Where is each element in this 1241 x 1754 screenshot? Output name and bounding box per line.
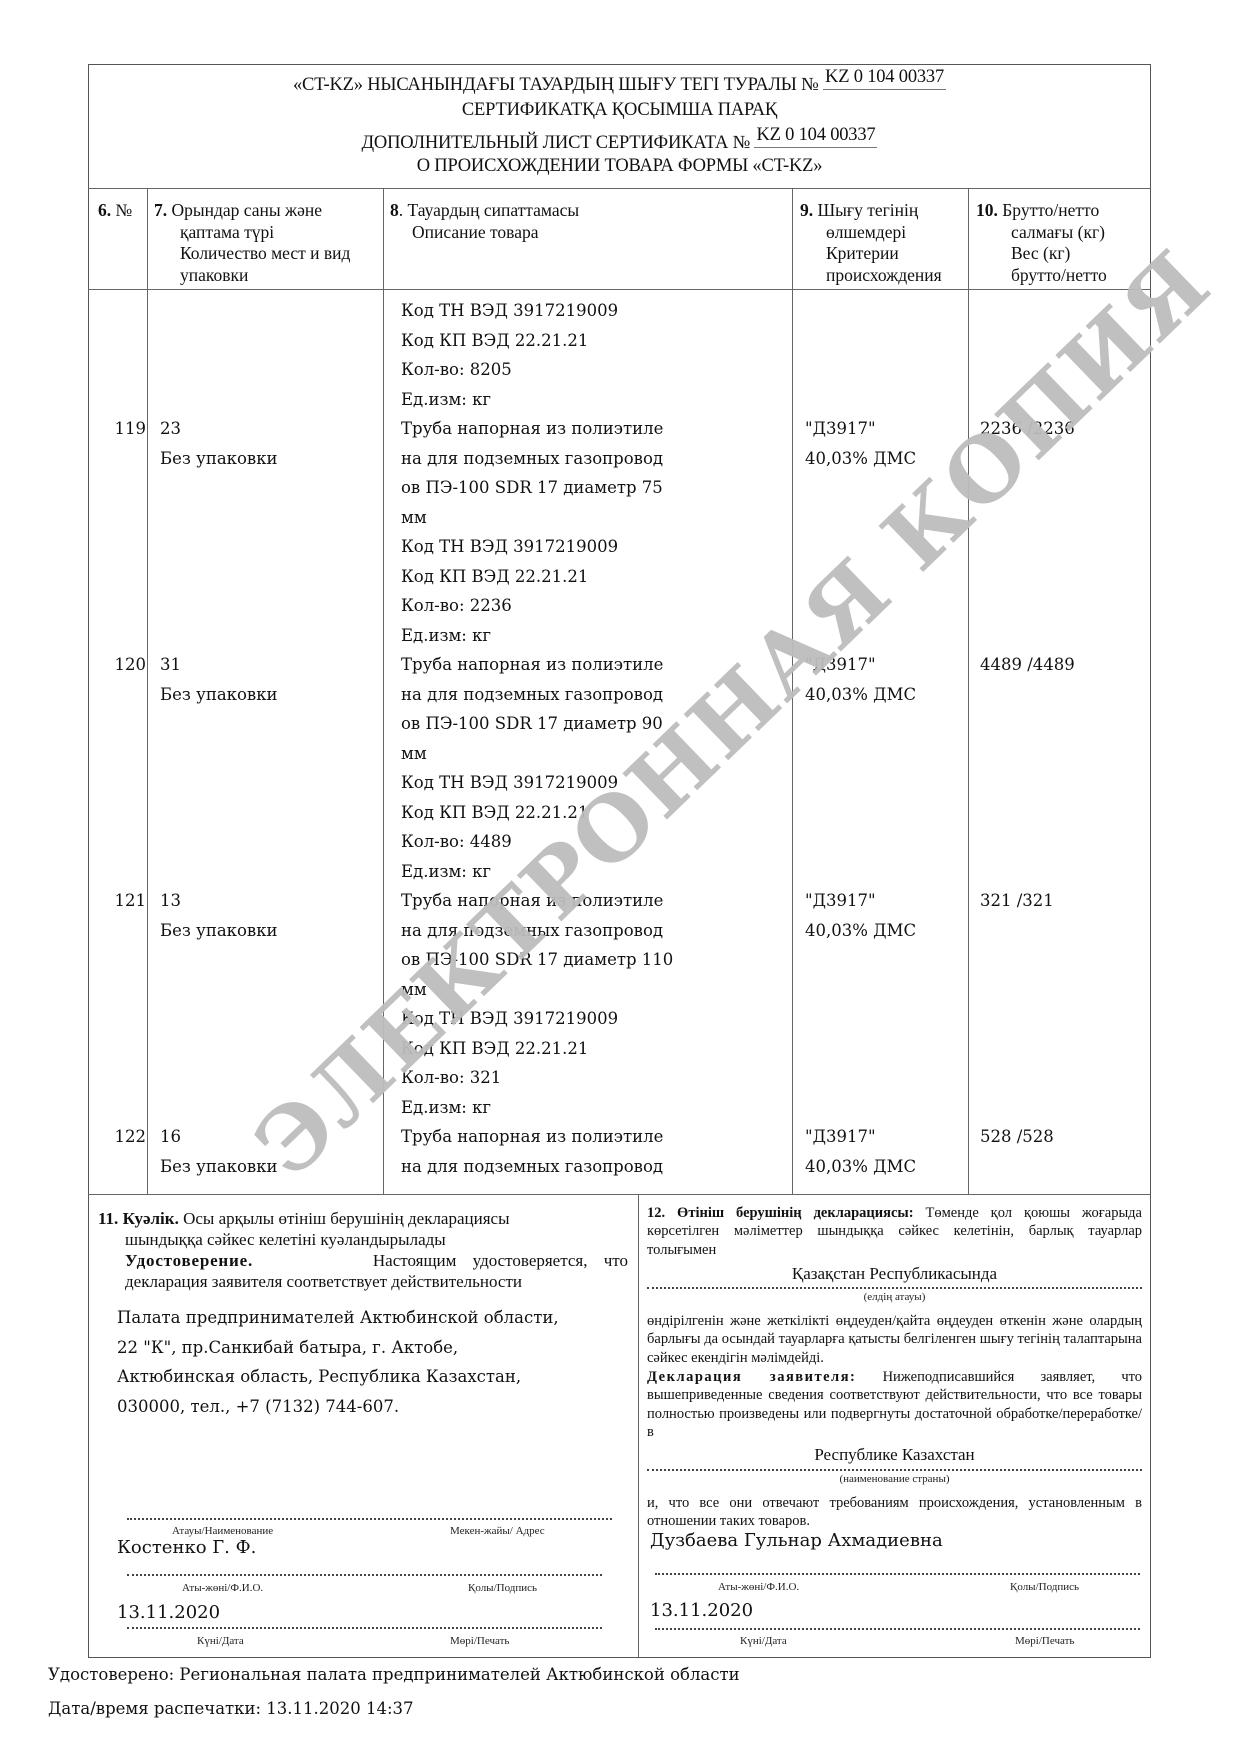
description-line: мм [401,975,427,1005]
caption-country-ru: (наименование страны) [647,1473,1142,1485]
origin-criterion: "Д3917" [805,1122,876,1152]
col-label: Описание товара [390,222,785,244]
col-num: 8 [390,200,399,220]
col-label: Критерии [800,243,965,265]
column-divider [383,188,384,1194]
caption-date: Күні/Дата [740,1635,787,1647]
caption-signature: Қолы/Подпись [468,1582,537,1594]
box11-date: 13.11.2020 [117,1602,220,1623]
col-num: 10. [976,200,998,220]
caption-fio: Аты-жөні/Ф.И.О. [718,1581,799,1593]
description-line: Код ТН ВЭД 3917219009 [401,768,618,798]
dotted-line [647,1287,1142,1289]
box11-text: Настоящим удостоверяется, что [373,1250,628,1271]
origin-criterion-percent: 40,03% ДМС [805,916,916,946]
column-header-9: 9. Шығу тегінің өлшемдері Критерии проис… [800,200,965,286]
title-kz-line1: «CT-KZ» НЫСАНЫНДАҒЫ ТАУАРДЫҢ ШЫҒУ ТЕГІ Т… [293,75,819,95]
box11-signer-name: Костенко Г. Ф. [117,1537,256,1558]
title-ru-line1: ДОПОЛНИТЕЛЬНЫЙ ЛИСТ СЕРТИФИКАТА № [362,133,751,153]
caption-stamp: Мөрі/Печать [450,1635,509,1647]
description-line: на для подземных газопровод [401,916,663,946]
dotted-line [127,1574,602,1576]
col-label: Орындар саны және [172,200,323,220]
dotted-line [647,1469,1142,1471]
places-count: 16 [160,1122,181,1152]
description-line: Кол-во: 4489 [401,827,512,857]
title-ru-line2: О ПРОИСХОЖДЕНИИ ТОВАРА ФОРМЫ «CT-KZ» [88,155,1151,178]
box-num: 11. [98,1209,118,1228]
box12-date: 13.11.2020 [650,1600,753,1621]
box11-text: декларация заявителя соответствует дейст… [98,1271,628,1292]
address-line: 22 "К", пр.Санкибай батыра, г. Актобе, [117,1333,458,1363]
footer-printed-at: Дата/время распечатки: 13.11.2020 14:37 [48,1699,414,1718]
origin-criterion-percent: 40,03% ДМС [805,444,916,474]
col-label: № [116,200,133,220]
col-num: 7. [154,200,167,220]
description-line: Ед.изм: кг [401,385,491,415]
origin-criterion-percent: 40,03% ДМС [805,680,916,710]
table-bottom-divider [88,1194,1151,1195]
packaging-type: Без упаковки [160,680,278,710]
caption-date: Күні/Дата [197,1635,244,1647]
title-kz-line2: СЕРТИФИКАТҚА ҚОСЫМША ПАРАҚ [88,99,1151,122]
description-line: на для подземных газопровод [401,444,663,474]
column-header-8: 8. Тауардың сипаттамасы Описание товара [390,200,785,243]
description-line: мм [401,503,427,533]
places-count: 13 [160,886,181,916]
box12-text-ru-2: и, что все они отвечают требованиям прои… [647,1494,1142,1531]
col-label: . Тауардың сипаттамасы [399,200,579,220]
packaging-type: Без упаковки [160,444,278,474]
box11-text: шындыққа сәйкес келетіні куәландырылады [98,1229,628,1250]
address-line: 030000, тел., +7 (7132) 744-607. [117,1392,399,1422]
description-line: на для подземных газопровод [401,680,663,710]
col-num: 9. [800,200,813,220]
col-label: салмағы (кг) [976,222,1146,244]
description-line: Код ТН ВЭД 3917219009 [401,1004,618,1034]
caption-stamp: Мөрі/Печать [1015,1635,1074,1647]
origin-criterion: "Д3917" [805,650,876,680]
description-line: Код ТН ВЭД 3917219009 [401,532,618,562]
gross-net-weight: 2236 /2236 [980,414,1075,444]
box12-country-kz: Қазақстан Республикасында [647,1264,1142,1284]
col-label: Вес (кг) [976,243,1146,265]
row-number: 120 [96,650,146,680]
description-line: Труба напорная из полиэтиле [401,886,663,916]
column-header-6: 6. № [98,200,132,222]
dotted-line [655,1573,1140,1575]
col-label: өлшемдері [800,222,965,244]
packaging-type: Без упаковки [160,916,278,946]
description-line: мм [401,739,427,769]
description-line: Кол-во: 8205 [401,355,512,385]
description-line: Ед.изм: кг [401,621,491,651]
description-line: Труба напорная из полиэтиле [401,650,663,680]
footer-certified-by: Удостоверено: Региональная палата предпр… [48,1665,740,1684]
box12-declaration-ru: Декларация заявителя: Нижеподписавшийся … [647,1368,1142,1442]
caption-name: Атауы/Наименование [172,1525,273,1537]
title-kz: «CT-KZ» НЫСАНЫНДАҒЫ ТАУАРДЫҢ ШЫҒУ ТЕГІ Т… [88,74,1151,98]
caption-country-kz: (елдің атауы) [647,1291,1142,1303]
col-num: 6. [98,200,111,220]
places-count: 23 [160,414,181,444]
title-divider [88,188,1151,189]
box11-heading-ru: Удостоверение. [125,1250,253,1271]
dotted-line [655,1628,1140,1630]
box12-text-kz-2: өндірілгенін және жеткілікті өңдеуден/қа… [647,1312,1142,1367]
column-divider [968,188,969,1194]
row-number: 122 [96,1122,146,1152]
gross-net-weight: 4489 /4489 [980,650,1075,680]
box11-text: Удостоверение.Настоящим удостоверяется, … [98,1250,628,1271]
col-label: Брутто/нетто [1002,200,1099,220]
caption-address: Мекен-жайы/ Адрес [450,1525,545,1537]
packaging-type: Без упаковки [160,1152,278,1182]
origin-criterion: "Д3917" [805,886,876,916]
places-count: 31 [160,650,181,680]
description-line: Кол-во: 321 [401,1063,501,1093]
description-line: Код КП ВЭД 22.21.21 [401,326,588,356]
description-line: Код КП ВЭД 22.21.21 [401,798,588,828]
col-label: Количество мест и вид [154,243,379,265]
description-line: на для подземных газопровод [401,1152,663,1182]
header-divider [88,289,1151,290]
description-line: Ед.изм: кг [401,1093,491,1123]
box12-signer-name: Дузбаева Гульнар Ахмадиевна [650,1530,943,1551]
box11-certification: 11. Куәлік. Осы арқылы өтініш берушінің … [98,1208,628,1292]
description-line: ов ПЭ-100 SDR 17 диаметр 75 [401,473,663,503]
caption-signature: Қолы/Подпись [1010,1581,1079,1593]
col-label: упаковки [154,265,379,287]
description-line: ов ПЭ-100 SDR 17 диаметр 90 [401,709,663,739]
box11-heading-kz: Куәлік. [123,1209,179,1228]
description-line: Труба напорная из полиэтиле [401,1122,663,1152]
box12-country-ru: Республике Казахстан [647,1445,1142,1465]
gross-net-weight: 528 /528 [980,1122,1054,1152]
description-line: Ед.изм: кг [401,857,491,887]
description-line: ов ПЭ-100 SDR 17 диаметр 110 [401,945,673,975]
address-line: Актюбинская область, Республика Казахста… [117,1362,521,1392]
description-line: Кол-во: 2236 [401,591,512,621]
title-ru: ДОПОЛНИТЕЛЬНЫЙ ЛИСТ СЕРТИФИКАТА № KZ 0 1… [88,132,1151,156]
col-label: Шығу тегінің [818,200,919,220]
gross-net-weight: 321 /321 [980,886,1054,916]
box12-declaration-kz: 12. Өтініш берушінің декларациясы: Төмен… [647,1204,1142,1259]
declaration-divider [638,1194,639,1658]
box11-text: Осы арқылы өтініш берушінің декларациясы [183,1209,509,1228]
col-label: происхождения [800,265,965,287]
certificate-number: KZ 0 104 00337 [823,66,946,90]
column-header-7: 7. Орындар саны және қаптама түрі Количе… [154,200,379,286]
caption-fio: Аты-жөні/Ф.И.О. [182,1582,263,1594]
description-line: Труба напорная из полиэтиле [401,414,663,444]
row-number: 119 [96,414,146,444]
col-label: қаптама түрі [154,222,379,244]
column-header-10: 10. Брутто/нетто салмағы (кг) Вес (кг) б… [976,200,1146,286]
column-divider [147,188,148,1194]
certificate-number: KZ 0 104 00337 [754,124,877,148]
description-line: Код КП ВЭД 22.21.21 [401,1034,588,1064]
col-label: брутто/нетто [976,265,1146,287]
address-line: Палата предпринимателей Актюбинской обла… [117,1303,559,1333]
description-line: Код КП ВЭД 22.21.21 [401,562,588,592]
column-divider [792,188,793,1194]
dotted-line [127,1518,612,1520]
description-line: Код ТН ВЭД 3917219009 [401,296,618,326]
origin-criterion-percent: 40,03% ДМС [805,1152,916,1182]
box12-heading-ru: Декларация заявителя: [647,1369,856,1385]
origin-criterion: "Д3917" [805,414,876,444]
box12-heading-kz: 12. Өтініш берушінің декларациясы: [647,1205,914,1221]
row-number: 121 [96,886,146,916]
dotted-line [127,1627,602,1629]
